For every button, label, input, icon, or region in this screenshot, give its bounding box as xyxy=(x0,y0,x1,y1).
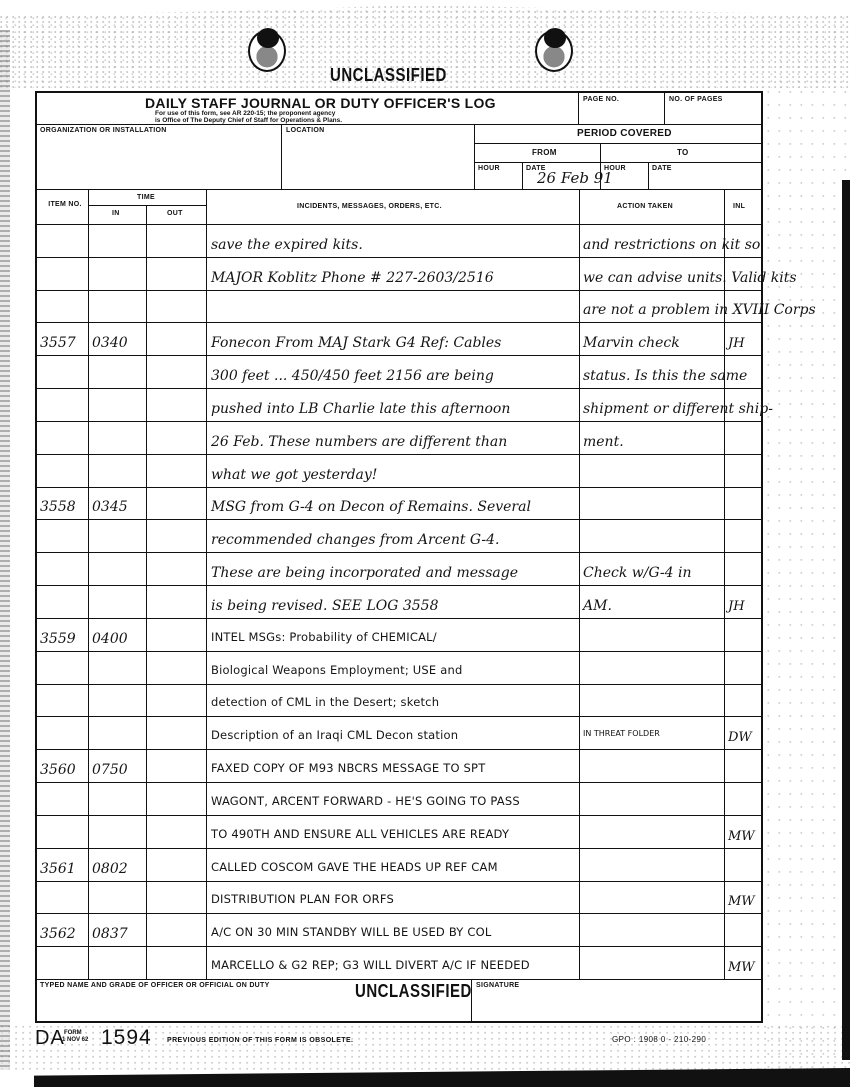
table-row: MAJOR Koblitz Phone # 227-2603/2516we ca… xyxy=(37,257,761,290)
incident-cell[interactable]: MAJOR Koblitz Phone # 227-2603/2516 xyxy=(211,271,494,285)
item-no-cell[interactable]: 3559 xyxy=(40,632,76,646)
table-row: save the expired kits.and restrictions o… xyxy=(37,224,761,257)
incident-cell[interactable]: FAXED COPY OF M93 NBCRS MESSAGE TO SPT xyxy=(211,763,485,775)
to-hour-label: HOUR xyxy=(604,165,626,172)
form-subtitle-1: For use of this form, see AR 220-15; the… xyxy=(155,110,335,117)
footer-previous-edition: PREVIOUS EDITION OF THIS FORM IS OBSOLET… xyxy=(167,1037,353,1044)
footer-da: DA xyxy=(35,1027,65,1050)
scan-bottom-shadow xyxy=(34,1068,850,1087)
action-taken-cell[interactable]: Marvin check xyxy=(583,336,680,350)
table-row: DISTRIBUTION PLAN FOR ORFSMW xyxy=(37,881,761,914)
item-no-cell[interactable]: 3558 xyxy=(40,500,76,514)
table-row: 26 Feb. These numbers are different than… xyxy=(37,421,761,454)
action-taken-cell[interactable]: IN THREAT FOLDER xyxy=(583,730,660,738)
incident-cell[interactable]: Fonecon From MAJ Stark G4 Ref: Cables xyxy=(211,336,501,350)
period-covered-label: PERIOD COVERED xyxy=(577,128,672,139)
table-row: 300 feet ... 450/450 feet 2156 are being… xyxy=(37,355,761,388)
incident-cell[interactable]: DISTRIBUTION PLAN FOR ORFS xyxy=(211,894,394,906)
signature-field[interactable] xyxy=(476,992,756,1018)
table-row: are not a problem in XVIII Corps xyxy=(37,290,761,323)
incident-cell[interactable]: MARCELLO & G2 REP; G3 WILL DIVERT A/C IF… xyxy=(211,960,530,972)
page-no-field[interactable] xyxy=(583,106,661,122)
table-row: detection of CML in the Desert; sketch xyxy=(37,684,761,717)
log-entries: save the expired kits.and restrictions o… xyxy=(37,224,761,979)
action-taken-cell[interactable]: shipment or different ship- xyxy=(583,402,773,416)
table-row: pushed into LB Charlie late this afterno… xyxy=(37,388,761,421)
table-row: 35620837A/C ON 30 MIN STANDBY WILL BE US… xyxy=(37,913,761,946)
initials-cell[interactable]: MW xyxy=(728,960,755,975)
time-in-cell[interactable]: 0750 xyxy=(92,763,128,777)
binder-hole-icon xyxy=(248,30,286,72)
location-label: LOCATION xyxy=(286,127,324,134)
incident-cell[interactable]: 26 Feb. These numbers are different than xyxy=(211,435,507,449)
scan-left-edge xyxy=(0,30,10,1070)
table-row: WAGONT, ARCENT FORWARD - HE'S GOING TO P… xyxy=(37,782,761,815)
incident-cell[interactable]: pushed into LB Charlie late this afterno… xyxy=(211,402,510,416)
from-date-field[interactable]: 26 Feb 91 xyxy=(537,171,613,186)
time-in-cell[interactable]: 0400 xyxy=(92,632,128,646)
time-in-cell[interactable]: 0340 xyxy=(92,336,128,350)
incident-cell[interactable]: TO 490TH AND ENSURE ALL VEHICLES ARE REA… xyxy=(211,829,509,841)
location-field[interactable] xyxy=(286,137,470,187)
item-no-cell[interactable]: 3562 xyxy=(40,927,76,941)
time-in-cell[interactable]: 0837 xyxy=(92,927,128,941)
col-action-taken: ACTION TAKEN xyxy=(617,203,673,210)
organization-label: ORGANIZATION OR INSTALLATION xyxy=(40,127,167,134)
item-no-cell[interactable]: 3560 xyxy=(40,763,76,777)
incident-cell[interactable]: Biological Weapons Employment; USE and xyxy=(211,665,462,677)
footer-gpo: GPO : 1908 0 - 210-290 xyxy=(612,1035,706,1044)
incident-cell[interactable]: A/C ON 30 MIN STANDBY WILL BE USED BY CO… xyxy=(211,927,491,939)
binder-hole-icon xyxy=(535,30,573,72)
col-initials: INL xyxy=(733,203,745,210)
footer-form-number: 1594 xyxy=(101,1026,152,1050)
time-in-cell[interactable]: 0345 xyxy=(92,500,128,514)
incident-cell[interactable]: what we got yesterday! xyxy=(211,468,377,482)
scan-noise-right xyxy=(765,88,850,1068)
table-row: 35610802CALLED COSCOM GAVE THE HEADS UP … xyxy=(37,848,761,881)
initials-cell[interactable]: JH xyxy=(728,599,745,614)
incident-cell[interactable]: Description of an Iraqi CML Decon statio… xyxy=(211,730,458,742)
action-taken-cell[interactable]: we can advise units. Valid kits xyxy=(583,271,783,285)
page-no-label: PAGE NO. xyxy=(583,96,619,103)
table-row: is being revised. SEE LOG 3558AM.JH xyxy=(37,585,761,618)
col-in: IN xyxy=(112,210,120,217)
table-row: 35600750FAXED COPY OF M93 NBCRS MESSAGE … xyxy=(37,749,761,782)
action-taken-cell[interactable]: AM. xyxy=(583,599,612,613)
incident-cell[interactable]: CALLED COSCOM GAVE THE HEADS UP REF CAM xyxy=(211,862,498,874)
to-date-label: DATE xyxy=(652,165,672,172)
signature-label: SIGNATURE xyxy=(476,982,519,989)
table-row: These are being incorporated and message… xyxy=(37,552,761,585)
form-subtitle-2: is Office of The Deputy Chief of Staff f… xyxy=(155,117,342,124)
organization-field[interactable] xyxy=(40,137,278,187)
table-row: TO 490TH AND ENSURE ALL VEHICLES ARE REA… xyxy=(37,815,761,848)
incident-cell[interactable]: 300 feet ... 450/450 feet 2156 are being xyxy=(211,369,494,383)
incident-cell[interactable]: recommended changes from Arcent G-4. xyxy=(211,533,499,547)
from-hour-label: HOUR xyxy=(478,165,500,172)
incident-cell[interactable]: These are being incorporated and message xyxy=(211,566,518,580)
form-title: DAILY STAFF JOURNAL OR DUTY OFFICER'S LO… xyxy=(145,95,496,111)
footer-form-date: 1 NOV 62 xyxy=(62,1037,88,1044)
no-of-pages-label: NO. OF PAGES xyxy=(669,96,723,103)
scan-right-shadow xyxy=(842,180,850,1060)
action-taken-cell[interactable]: status. Is this the same xyxy=(583,369,747,383)
table-row: recommended changes from Arcent G-4. xyxy=(37,519,761,552)
table-row: MARCELLO & G2 REP; G3 WILL DIVERT A/C IF… xyxy=(37,946,761,979)
classification-bottom: UNCLASSIFIED xyxy=(355,981,472,1001)
initials-cell[interactable]: MW xyxy=(728,894,755,909)
action-taken-cell[interactable]: and restrictions on kit so xyxy=(583,238,760,252)
incident-cell[interactable]: WAGONT, ARCENT FORWARD - HE'S GOING TO P… xyxy=(211,796,520,808)
to-label: TO xyxy=(677,148,689,157)
action-taken-cell[interactable]: ment. xyxy=(583,435,624,449)
col-out: OUT xyxy=(167,210,183,217)
incident-cell[interactable]: is being revised. SEE LOG 3558 xyxy=(211,599,438,613)
action-taken-cell[interactable]: Check w/G-4 in xyxy=(583,566,692,580)
table-row: 35570340Fonecon From MAJ Stark G4 Ref: C… xyxy=(37,322,761,355)
col-incidents: INCIDENTS, MESSAGES, ORDERS, ETC. xyxy=(297,203,442,210)
table-row: Description of an Iraqi CML Decon statio… xyxy=(37,716,761,749)
journal-form: DAILY STAFF JOURNAL OR DUTY OFFICER'S LO… xyxy=(35,91,763,1023)
table-row: 35580345MSG from G-4 on Decon of Remains… xyxy=(37,487,761,520)
table-row: what we got yesterday! xyxy=(37,454,761,487)
footer-form-label: FORM xyxy=(64,1030,82,1037)
initials-cell[interactable]: DW xyxy=(728,730,752,745)
classification-top: UNCLASSIFIED xyxy=(330,65,447,85)
item-no-cell[interactable]: 3557 xyxy=(40,336,76,350)
incident-cell[interactable]: INTEL MSGs: Probability of CHEMICAL/ xyxy=(211,632,437,644)
initials-cell[interactable]: MW xyxy=(728,829,755,844)
item-no-cell[interactable]: 3561 xyxy=(40,862,76,876)
from-label: FROM xyxy=(532,148,557,157)
time-in-cell[interactable]: 0802 xyxy=(92,862,128,876)
incident-cell[interactable]: detection of CML in the Desert; sketch xyxy=(211,697,439,709)
col-time: TIME xyxy=(137,194,155,201)
initials-cell[interactable]: JH xyxy=(728,336,745,351)
incident-cell[interactable]: save the expired kits. xyxy=(211,238,363,252)
table-row: Biological Weapons Employment; USE and xyxy=(37,651,761,684)
col-item-no: ITEM NO. xyxy=(47,201,83,209)
no-of-pages-field[interactable] xyxy=(669,106,757,122)
typed-name-label: TYPED NAME AND GRADE OF OFFICER OR OFFIC… xyxy=(40,982,270,989)
incident-cell[interactable]: MSG from G-4 on Decon of Remains. Severa… xyxy=(211,500,531,514)
action-taken-cell[interactable]: are not a problem in XVIII Corps xyxy=(583,303,783,317)
table-row: 35590400INTEL MSGs: Probability of CHEMI… xyxy=(37,618,761,651)
